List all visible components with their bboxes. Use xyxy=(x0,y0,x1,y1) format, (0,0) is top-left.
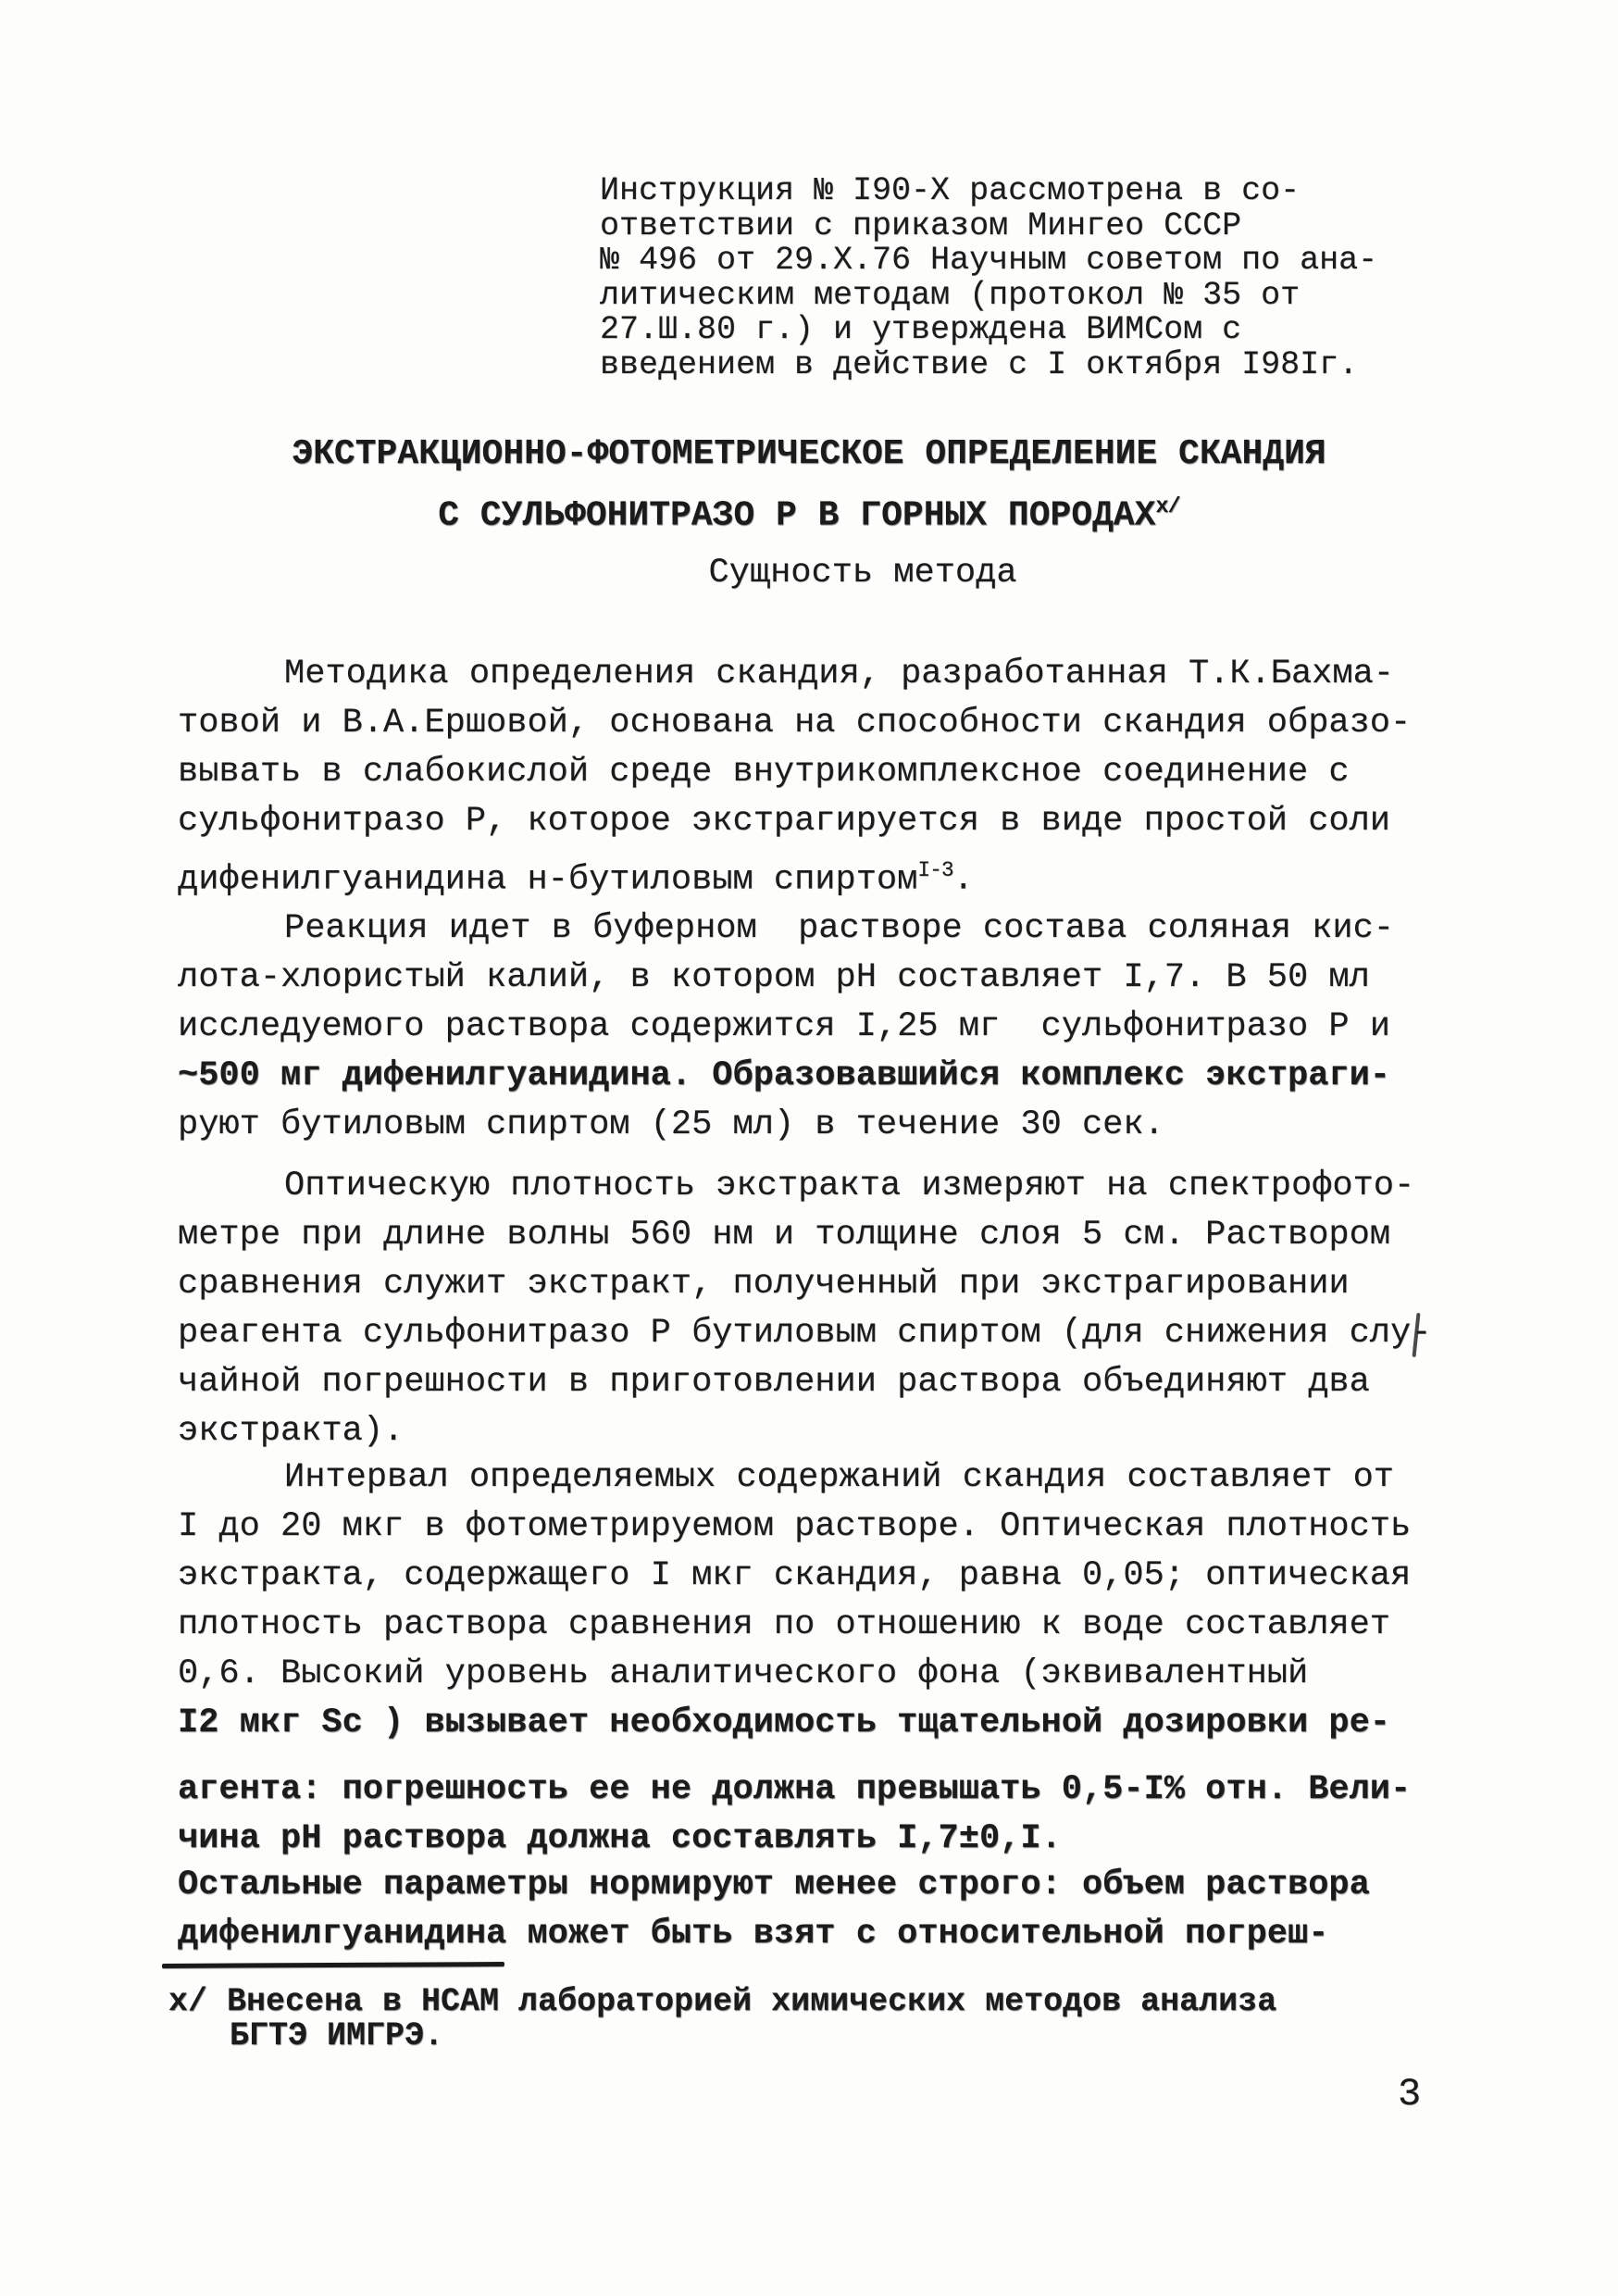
paragraph-4: Интервал определяемых содержаний скандия… xyxy=(178,1454,1411,1748)
body-line: вывать в слабокислой среде внутрикомплек… xyxy=(178,748,1411,797)
title-footnote-mark: х/ xyxy=(1156,494,1180,519)
title-line-2-text: С СУЛЬФОНИТРАЗО Р В ГОРНЫХ ПОРОДАХ xyxy=(438,496,1155,536)
page-number: 3 xyxy=(1398,2072,1421,2116)
approval-line: 27.Ш.80 г.) и утверждена ВИМСом с xyxy=(600,313,1377,348)
footnote: х/ Внесена в НСАМ лабораторией химически… xyxy=(168,1985,1276,2053)
reference-superscript: I-3 xyxy=(917,858,952,882)
body-line: I2 мкг Sc ) вызывает необходимость тщате… xyxy=(178,1699,1411,1748)
body-line: экстракта). xyxy=(178,1407,1431,1456)
approval-line: Инструкция № I90-Х рассмотрена в со- xyxy=(600,174,1377,209)
body-line-tail: . xyxy=(953,860,974,899)
approval-line: литическим методам (протокол № 35 от xyxy=(600,279,1377,314)
body-line: чайной погрешности в приготовлении раств… xyxy=(178,1358,1431,1407)
paragraph-1: Методика определения скандия, разработан… xyxy=(178,650,1411,905)
body-line: плотность раствора сравнения по отношени… xyxy=(178,1601,1411,1650)
body-line: агента: погрешность ее не должна превыша… xyxy=(178,1766,1411,1815)
paragraph-3: Оптическую плотность экстракта измеряют … xyxy=(178,1162,1431,1456)
body-line: дифенилгуанидина н-бутиловым спиртомI-3. xyxy=(178,846,1411,905)
document-page: Инструкция № I90-Х рассмотрена в со- отв… xyxy=(0,0,1618,2296)
body-line: руют бутиловым спиртом (25 мл) в течение… xyxy=(178,1101,1394,1150)
paragraph-2: Реакция идет в буферном растворе состава… xyxy=(178,905,1394,1150)
paragraph-4-continued: агента: погрешность ее не должна превыша… xyxy=(178,1766,1411,1864)
approval-line: ответствии с приказом Мингео СССР xyxy=(600,209,1377,244)
body-line: ~500 мг дифенилгуанидина. Образовавшийся… xyxy=(178,1052,1394,1101)
body-line: I до 20 мкг в фотометрируемом растворе. … xyxy=(178,1503,1411,1552)
body-line: сульфонитразо Р, которое экстрагируется … xyxy=(178,797,1411,846)
body-line: сравнения служит экстракт, полученный пр… xyxy=(178,1260,1431,1309)
body-line: лота-хлористый калий, в котором рН соста… xyxy=(178,954,1394,1003)
paragraph-5: Остальные параметры нормируют менее стро… xyxy=(178,1861,1370,1959)
body-line: экстракта, содержащего I мкг скандия, ра… xyxy=(178,1552,1411,1601)
title-line-1: ЭКСТРАКЦИОННО-ФОТОМЕТРИЧЕСКОЕ ОПРЕДЕЛЕНИ… xyxy=(0,428,1618,480)
body-line: Оптическую плотность экстракта измеряют … xyxy=(178,1162,1431,1211)
title-line-2: С СУЛЬФОНИТРАЗО Р В ГОРНЫХ ПОРОДАХх/ xyxy=(0,480,1618,543)
approval-note: Инструкция № I90-Х рассмотрена в со- отв… xyxy=(600,174,1377,382)
section-heading: Сущность метода xyxy=(54,554,1618,593)
body-line: исследуемого раствора содержится I,25 мг… xyxy=(178,1003,1394,1052)
approval-line: введением в действие с I октября I98Iг. xyxy=(600,348,1377,383)
body-line: товой и В.А.Ершовой, основана на способн… xyxy=(178,699,1411,748)
footnote-line: х/ Внесена в НСАМ лабораторией химически… xyxy=(168,1985,1276,2019)
body-line: Интервал определяемых содержаний скандия… xyxy=(178,1454,1411,1503)
footnote-line: БГТЭ ИМГРЭ. xyxy=(168,2019,1276,2053)
body-line-text: дифенилгуанидина н-бутиловым спиртом xyxy=(178,860,917,899)
body-line: метре при длине волны 560 нм и толщине с… xyxy=(178,1211,1431,1260)
document-title: ЭКСТРАКЦИОННО-ФОТОМЕТРИЧЕСКОЕ ОПРЕДЕЛЕНИ… xyxy=(0,428,1618,543)
body-line: реагента сульфонитразо Р бутиловым спирт… xyxy=(178,1309,1431,1358)
body-line: 0,6. Высокий уровень аналитического фона… xyxy=(178,1650,1411,1699)
body-line: чина рН раствора должна составлять I,7±0… xyxy=(178,1815,1411,1864)
body-line: дифенилгуанидина может быть взят с относ… xyxy=(178,1910,1370,1959)
body-line: Методика определения скандия, разработан… xyxy=(178,650,1411,699)
body-line: Реакция идет в буферном растворе состава… xyxy=(178,905,1394,954)
approval-line: № 496 от 29.X.76 Научным советом по ана- xyxy=(600,243,1377,279)
body-line: Остальные параметры нормируют менее стро… xyxy=(178,1861,1370,1910)
footnote-separator xyxy=(162,1962,504,1968)
